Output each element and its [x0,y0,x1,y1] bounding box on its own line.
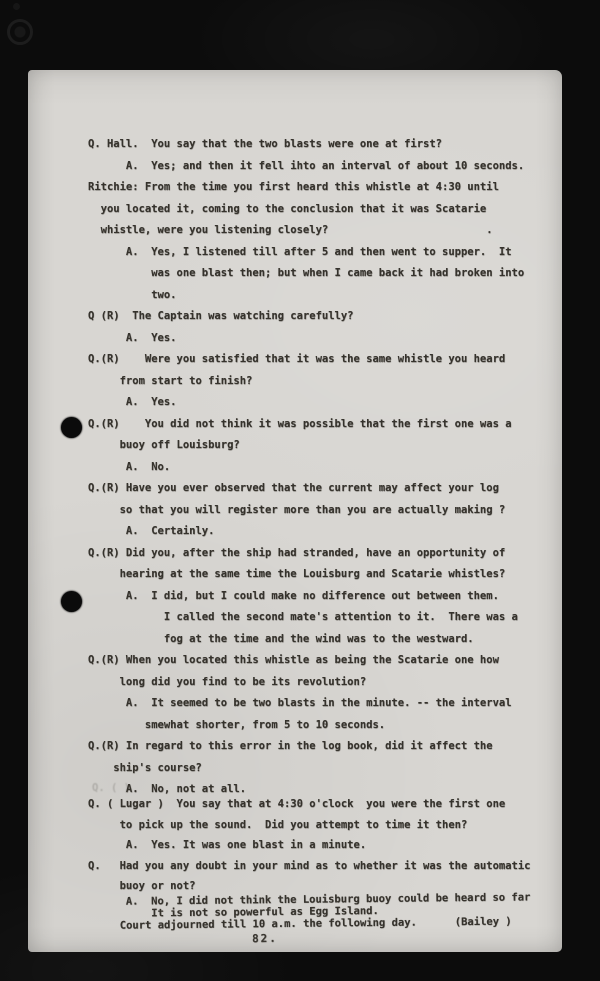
page-number: 82. [252,932,278,945]
ghost-typeover-text: Q. ( ) [92,782,130,794]
transcript-footer-block: A. No, I did not think the Louisburg buo… [88,891,531,932]
hole-punch-bottom [61,591,82,612]
page-sheet: Q. Hall. You say that the two blasts wer… [28,70,562,952]
hole-punch-top [61,417,82,438]
transcript-main-block: Q. Hall. You say that the two blasts wer… [88,134,524,801]
film-edge-dot-icon [13,3,20,10]
film-reel-target-icon [7,19,33,45]
transcript-lugar-block: Q. ( Lugar ) You say that at 4:30 o'cloc… [88,794,531,897]
film-background: Q. Hall. You say that the two blasts wer… [0,0,600,981]
